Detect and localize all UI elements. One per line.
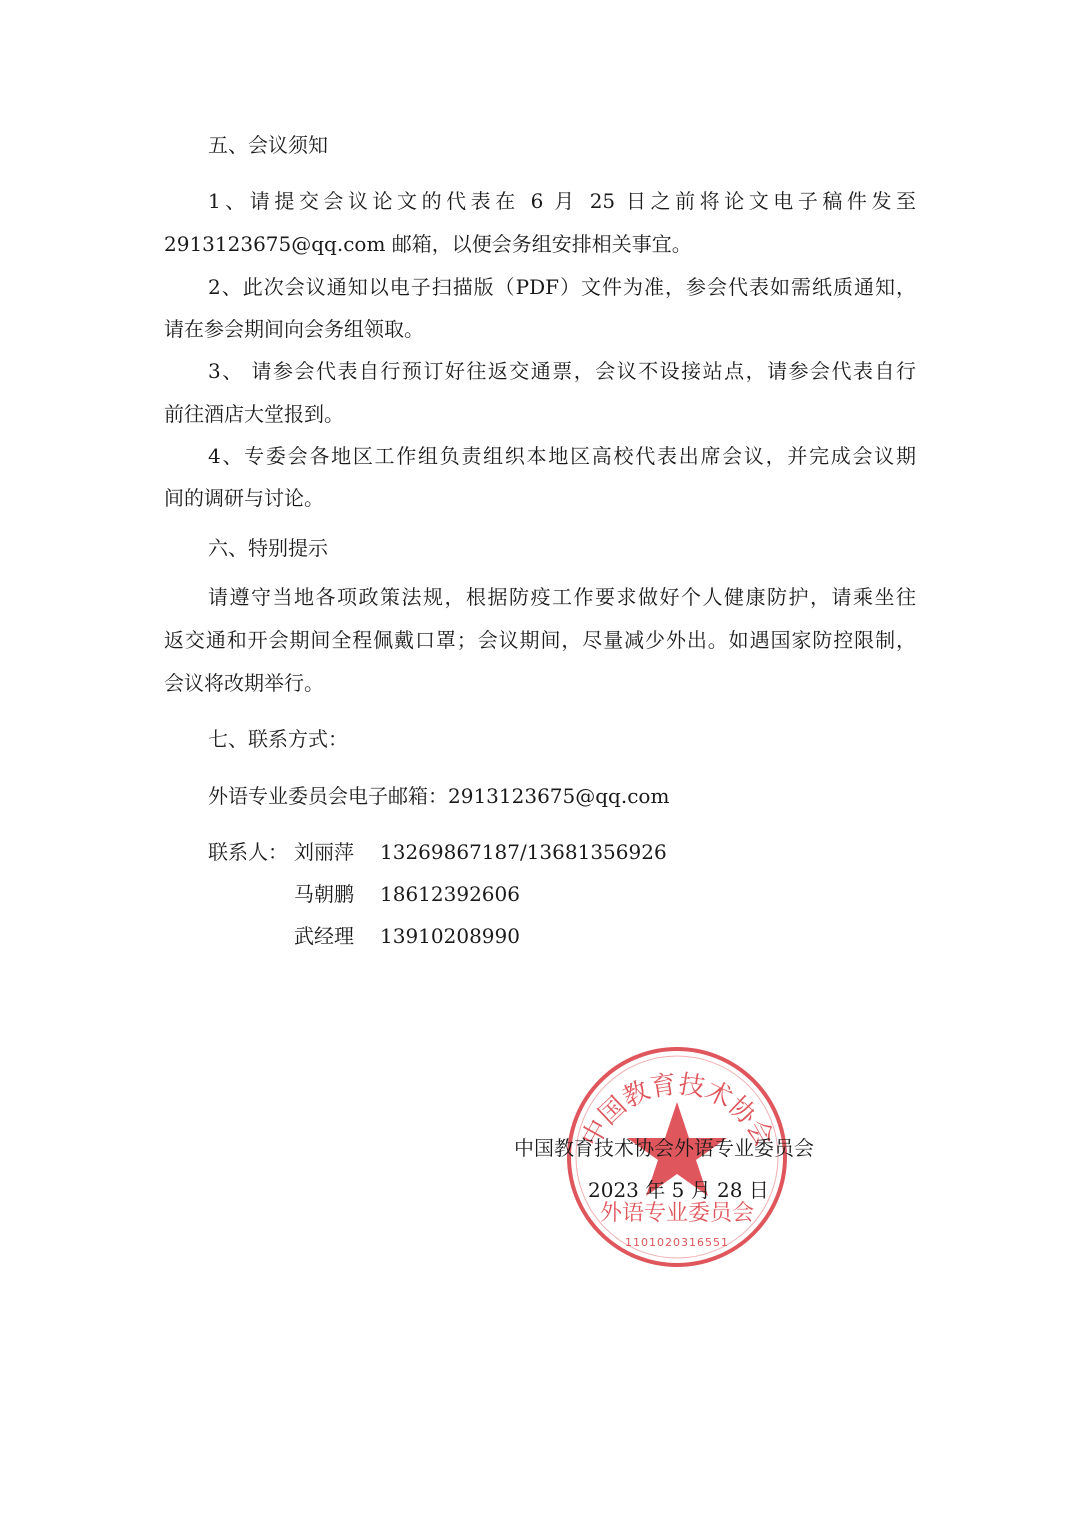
section7-heading: 七、联系方式： (208, 725, 348, 753)
item3-line2: 前往酒店大堂报到。 (164, 400, 344, 428)
contact-phone: 18612392606 (380, 880, 520, 908)
contact-name: 马朝鹏 (294, 880, 354, 908)
section6-heading: 六、特别提示 (208, 534, 328, 562)
item2-line1: 2、此次会议通知以电子扫描版（PDF）文件为准，参会代表如需纸质通知， (208, 273, 916, 301)
contact-phone: 13269867187/13681356926 (380, 838, 667, 866)
signature-date: 2023 年 5 月 28 日 (588, 1176, 769, 1204)
item4-line2: 间的调研与讨论。 (164, 484, 324, 512)
email-row: 外语专业委员会电子邮箱：2913123675@qq.com (208, 782, 669, 810)
item1-line1: 1、请提交会议论文的代表在 6 月 25 日之前将论文电子稿件发至 (208, 187, 916, 215)
notice-line1: 请遵守当地各项政策法规，根据防疫工作要求做好个人健康防护，请乘坐往 (208, 583, 916, 611)
contact-name: 刘丽萍 (294, 838, 354, 866)
signature-org: 中国教育技术协会外语专业委员会 (514, 1134, 814, 1162)
item3-line1: 3、 请参会代表自行预订好往返交通票，会议不设接站点，请参会代表自行 (208, 357, 916, 385)
item2-line2: 请在参会期间向会务组领取。 (164, 315, 424, 343)
item1-line2: 2913123675@qq.com 邮箱，以便会务组安排相关事宜。 (164, 230, 692, 258)
contact-name: 武经理 (294, 922, 354, 950)
notice-line2: 返交通和开会期间全程佩戴口罩；会议期间，尽量减少外出。如遇国家防控限制， (164, 626, 916, 654)
contacts-label: 联系人： (208, 838, 288, 866)
svg-text:外语专业委员会: 外语专业委员会 (600, 1201, 754, 1226)
item4-line1: 4、专委会各地区工作组负责组织本地区高校代表出席会议，并完成会议期 (208, 442, 916, 470)
notice-line3: 会议将改期举行。 (164, 669, 324, 697)
svg-text:1101020316551: 1101020316551 (625, 1236, 729, 1249)
email-address: 2913123675@qq.com (448, 784, 669, 808)
email-label: 外语专业委员会电子邮箱： (208, 784, 448, 808)
contact-phone: 13910208990 (380, 922, 520, 950)
section5-heading: 五、会议须知 (208, 131, 328, 159)
